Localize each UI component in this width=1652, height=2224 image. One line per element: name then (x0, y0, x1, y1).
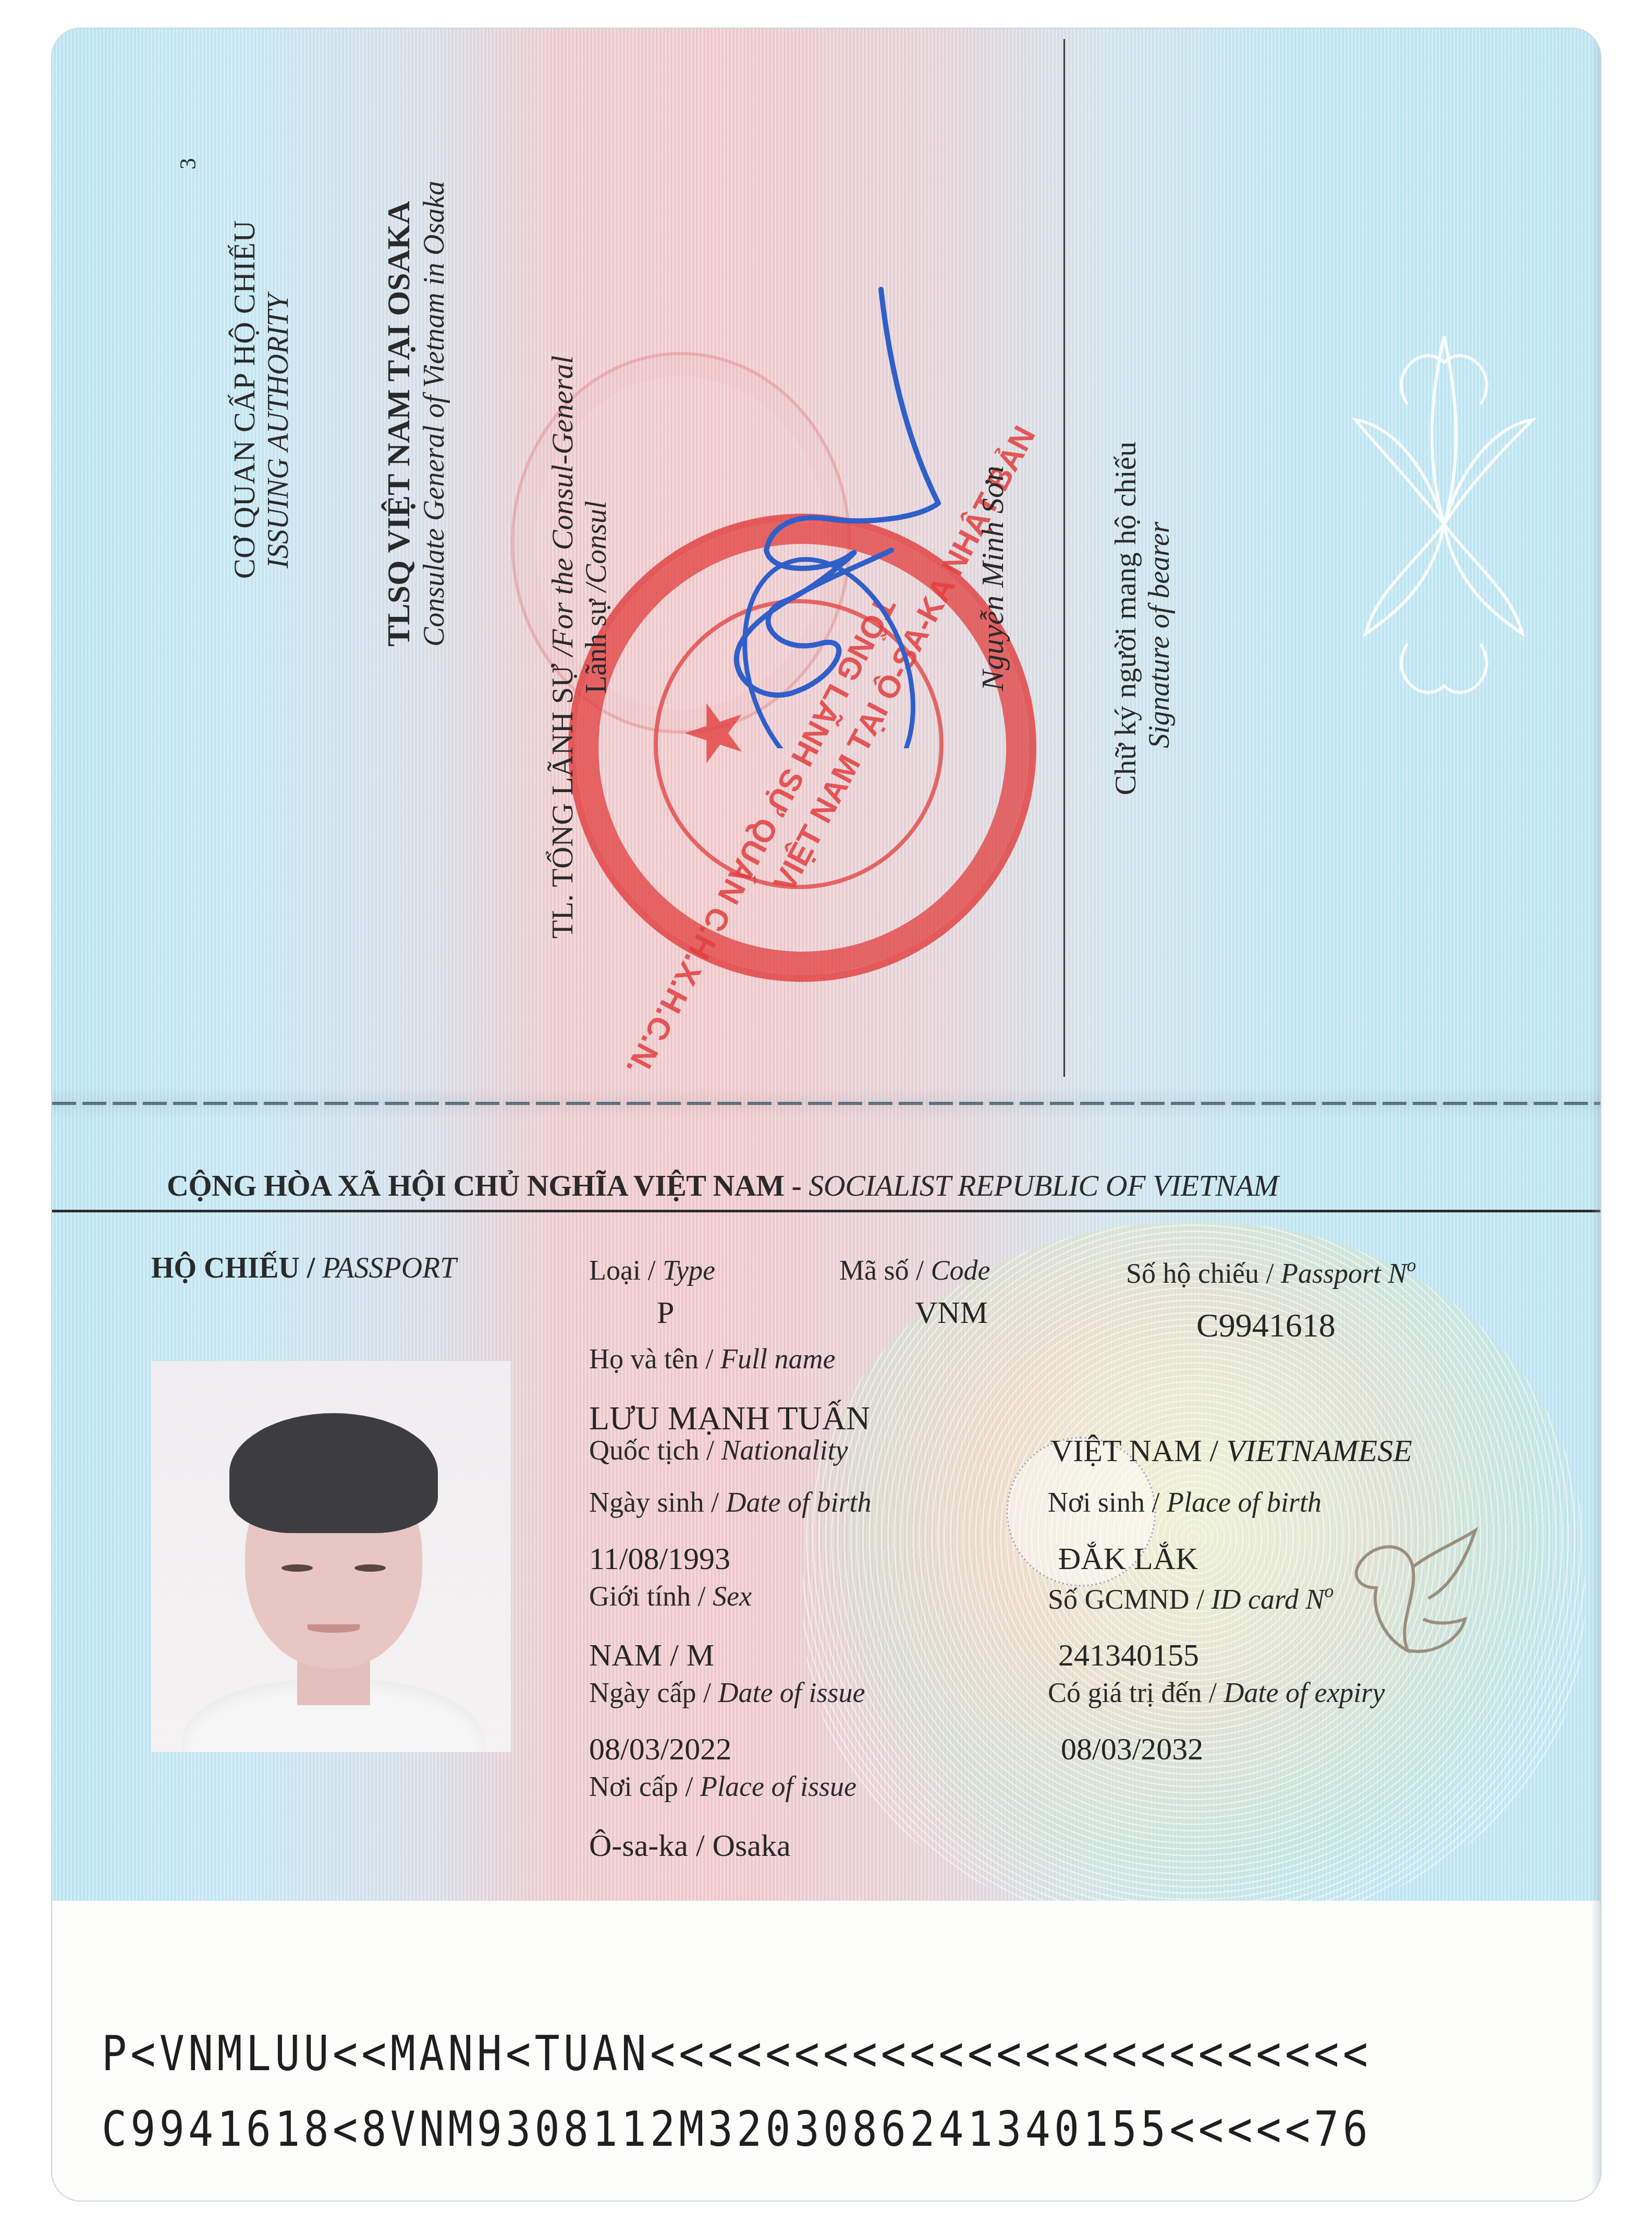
place-of-birth-value: ĐẮK LẮK (1058, 1541, 1198, 1577)
signatory-name: Nguyễn Minh Sơn (975, 466, 1011, 691)
lotus-watermark-icon (1345, 321, 1543, 727)
code-label: Mã số / Code (839, 1254, 990, 1286)
full-name-label: Họ và tên / Full name (589, 1343, 835, 1375)
id-card-number-label: Số GCMND / ID card No (1048, 1580, 1334, 1615)
place-of-issue-label: Nơi cấp / Place of issue (589, 1770, 856, 1803)
dove-watermark-icon (1329, 1520, 1486, 1676)
passport-spread: 3 CƠ QUAN CẤP HỘ CHIẾU ISSUING AUTHORITY… (52, 29, 1600, 2201)
authority-name-en: Consulate General of Vietnam in Osaka (418, 181, 451, 647)
signatory-role-en: /Consul (580, 501, 613, 592)
full-name-value: LƯU MẠNH TUẤN (589, 1399, 870, 1438)
page-number: 3 (175, 158, 201, 169)
date-of-issue-label: Ngày cấp / Date of issue (589, 1676, 865, 1709)
type-value: P (657, 1295, 674, 1331)
document-title: HỘ CHIẾU / PASSPORT (151, 1251, 456, 1285)
place-of-issue-value: Ô-sa-ka / Osaka (589, 1828, 791, 1864)
id-card-number-value: 241340155 (1058, 1637, 1199, 1673)
date-of-birth-value: 11/08/1993 (589, 1541, 730, 1577)
machine-readable-zone: P<VNMLUU<<MANH<TUAN<<<<<<<<<<<<<<<<<<<<<… (52, 1901, 1600, 2201)
bearer-signature-label-en: Signature of bearer (1143, 442, 1176, 748)
signatory-title-vn: TL. TỔNG LÃNH SỰ (545, 664, 579, 939)
bearer-signature-label-vn: Chữ ký người mang hộ chiếu (1108, 442, 1143, 795)
date-of-birth-label: Ngày sinh / Date of birth (589, 1486, 872, 1518)
mrz-line-1: P<VNMLUU<<MANH<TUAN<<<<<<<<<<<<<<<<<<<<<… (102, 2026, 1372, 2082)
header-rule (52, 1210, 1600, 1212)
date-of-expiry-value: 08/03/2032 (1061, 1731, 1203, 1767)
signature-divider (1063, 39, 1065, 1077)
signatory-title: TL. TỔNG LÃNH SỰ /For the Consul-General… (545, 356, 613, 939)
issuing-authority: TLSQ VIỆT NAM TẠI OSAKA Consulate Genera… (381, 181, 451, 647)
code-value: VNM (915, 1295, 988, 1331)
page-fold-stitch (52, 1102, 1600, 1105)
republic-header-vn: CỘNG HÒA XÃ HỘI CHỦ NGHĨA VIỆT NAM - (167, 1169, 809, 1202)
issuing-authority-label-vn: CƠ QUAN CẤP HỘ CHIẾU (227, 220, 262, 579)
mrz-line-2: C9941618<8VNM9308112M3203086241340155<<<… (102, 2101, 1372, 2157)
republic-header: CỘNG HÒA XÃ HỘI CHỦ NGHĨA VIỆT NAM - SOC… (167, 1168, 1278, 1203)
passport-number-label: Số hộ chiếu / Passport No (1126, 1254, 1416, 1290)
type-label: Loại / Type (589, 1254, 715, 1286)
bearer-signature-label: Chữ ký người mang hộ chiếu Signature of … (1108, 442, 1176, 795)
nationality-value: VIỆT NAM / VIETNAMESE (1050, 1433, 1412, 1469)
republic-header-en: SOCIALIST REPUBLIC OF VIETNAM (809, 1169, 1278, 1202)
place-of-birth-label: Nơi sinh / Place of birth (1048, 1486, 1321, 1518)
issuing-authority-label: CƠ QUAN CẤP HỘ CHIẾU ISSUING AUTHORITY (227, 220, 295, 579)
passport-number-value: C9941618 (1196, 1306, 1336, 1345)
signatory-role-vn: Lãnh sự (580, 599, 613, 694)
date-of-expiry-label: Có giá trị đến / Date of expiry (1048, 1676, 1385, 1709)
authority-name-vn: TLSQ VIỆT NAM TẠI OSAKA (381, 181, 418, 647)
date-of-issue-value: 08/03/2022 (589, 1731, 731, 1767)
bearer-photo (151, 1361, 511, 1752)
sex-label: Giới tính / Sex (589, 1580, 752, 1612)
consul-signature (693, 279, 985, 748)
signatory-title-en: /For the Consul-General (545, 356, 579, 657)
sex-value: NAM / M (589, 1637, 714, 1673)
nationality-label: Quốc tịch / Nationality (589, 1434, 848, 1466)
issuing-authority-label-en: ISSUING AUTHORITY (262, 220, 295, 568)
